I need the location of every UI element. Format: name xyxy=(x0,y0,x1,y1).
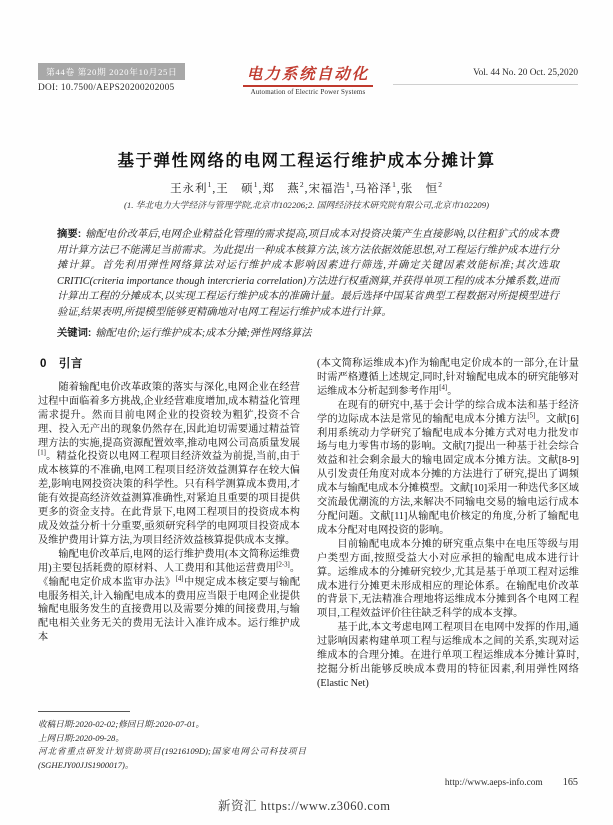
footnote-funding: 河北省重点研发计划资助项目(19216109D);国家电网公司科技项目(SGHE… xyxy=(38,745,306,772)
paper-title: 基于弹性网络的电网工程运行维护成本分摊计算 xyxy=(0,147,613,171)
footnote-block: 收稿日期:2020-02-02;修回日期:2020-07-01。 上网日期:20… xyxy=(38,711,306,772)
journal-logo-cn: 电力系统自动化 xyxy=(243,62,374,87)
paragraph: 在现有的研究中,基于会计学的综合成本法和基于经济学的边际成本法是常见的输配电成本… xyxy=(317,399,579,538)
journal-logo-en: Automation of Electric Power Systems xyxy=(223,89,393,96)
right-column: (本文简称运维成本)作为输配电定价成本的一部分,在计量时需严格遵循上述规定,同时… xyxy=(317,357,579,777)
journal-logo: 电力系统自动化 Automation of Electric Power Sys… xyxy=(223,62,393,96)
paper-page: 第44卷 第20期 2020年10月25日 DOI: 10.7500/AEPS2… xyxy=(0,0,613,825)
section-heading-intro: 0 引言 xyxy=(40,358,300,372)
authors-line: 王永利1,王 硕1,郑 燕2,宋福浩1,马裕泽1,张 恒2 xyxy=(0,180,613,196)
abstract-text: 输配电价改革后,电网企业精益化管理的需求提高,项目成本对投资决策产生直接影响,以… xyxy=(57,229,559,318)
volume-info: Vol. 44 No. 20 Oct. 25,2020 xyxy=(473,68,578,78)
affiliation-line: (1. 华北电力大学经济与管理学院,北京市102206;2. 国网经济技术研究院… xyxy=(0,198,613,211)
keywords-label: 关键词: xyxy=(57,328,91,339)
footnote-received: 收稿日期:2020-02-02;修回日期:2020-07-01。 xyxy=(38,718,306,732)
keywords-text: 输配电价;运行维护成本;成本分摊;弹性网络算法 xyxy=(95,328,311,339)
paragraph: 随着输配电价改革政策的落实与深化,电网企业在经营过程中面临着多方挑战,企业经营难… xyxy=(38,381,300,548)
footnote-online: 上网日期:2020-09-28。 xyxy=(38,732,306,746)
watermark-link[interactable]: 新资汇 https://www.z3060.com xyxy=(218,796,390,814)
paragraph: 基于此,本文考虑电网工程项目在电网中发挥的作用,通过影响因素构建单项工程与运维成… xyxy=(317,621,579,691)
footer-url[interactable]: http://www.aeps-info.com xyxy=(445,778,543,788)
paragraph: 输配电价改革后,电网的运行维护费用(本文简称运维费用)主要包括耗费的原材料、人工… xyxy=(38,548,300,645)
page-footer: http://www.aeps-info.com 165 xyxy=(321,777,578,788)
footnote-rule xyxy=(38,711,130,712)
abstract-paragraph: 摘要:输配电价改革后,电网企业精益化管理的需求提高,项目成本对投资决策产生直接影… xyxy=(57,227,559,321)
abstract-label: 摘要: xyxy=(57,229,81,240)
abstract-block: 摘要:输配电价改革后,电网企业精益化管理的需求提高,项目成本对投资决策产生直接影… xyxy=(57,227,559,341)
page-number: 165 xyxy=(563,777,578,788)
paragraph: (本文简称运维成本)作为输配电定价成本的一部分,在计量时需严格遵循上述规定,同时… xyxy=(317,357,579,399)
journal-header: 第44卷 第20期 2020年10月25日 DOI: 10.7500/AEPS2… xyxy=(38,62,578,110)
issue-badge: 第44卷 第20期 2020年10月25日 xyxy=(38,63,185,80)
paragraph: 目前输配电成本分摊的研究重点集中在电压等级与用户类型方面,按照受益大小对应承担的… xyxy=(317,538,579,621)
keywords-line: 关键词:输配电价;运行维护成本;成本分摊;弹性网络算法 xyxy=(57,326,559,342)
